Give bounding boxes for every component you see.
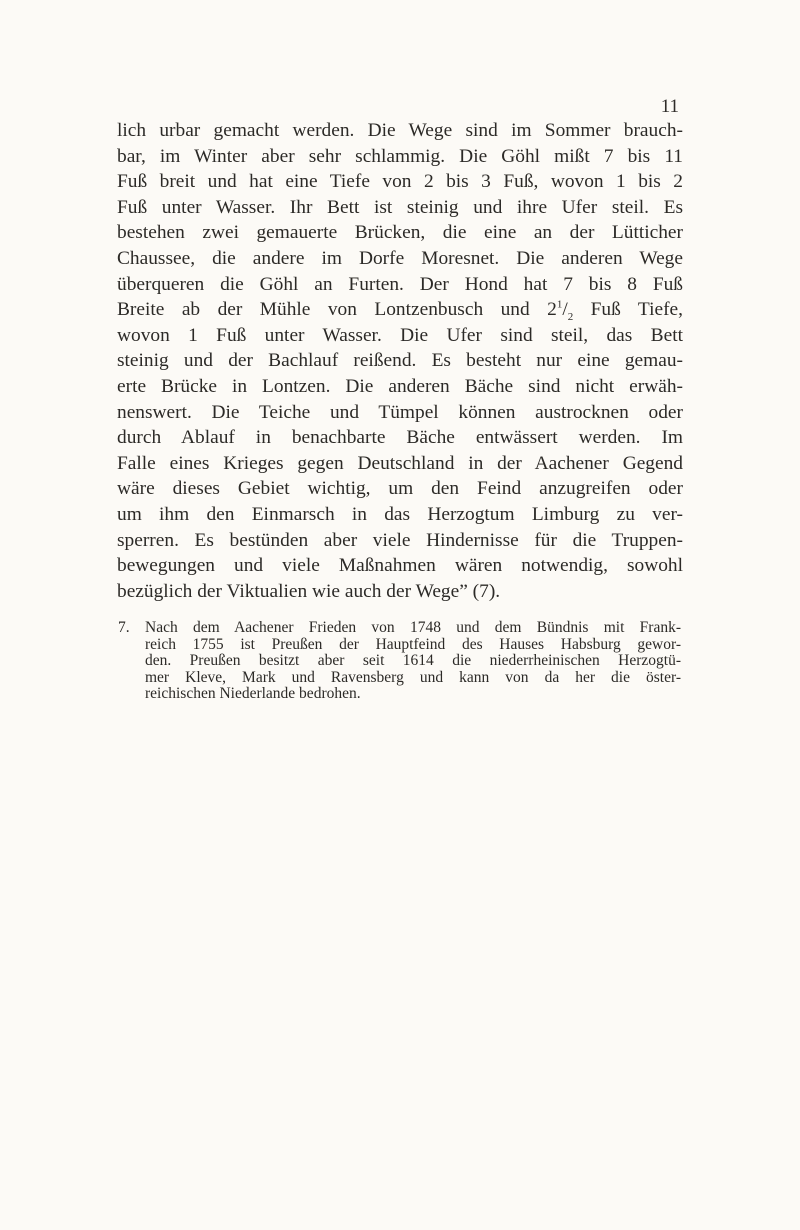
page-number: 11 xyxy=(661,96,679,118)
body-line: lich urbar gemacht werden. Die Wege sind… xyxy=(117,118,683,144)
fraction-line-suffix: Fuß Tiefe, xyxy=(573,299,683,320)
footnote-line: Nach dem Aachener Frieden von 1748 und d… xyxy=(145,620,681,637)
footnote-line-last: reichischen Niederlande bedrohen. xyxy=(145,686,681,703)
footnotes: 7. Nach dem Aachener Frieden von 1748 un… xyxy=(117,620,681,703)
body-line: bewegungen und viele Maßnahmen wären not… xyxy=(117,553,683,579)
body-line: sperren. Es bestünden aber viele Hindern… xyxy=(117,528,683,554)
body-line: um ihm den Einmarsch in das Herzogtum Li… xyxy=(117,502,683,528)
body-line: erte Brücke in Lontzen. Die anderen Bäch… xyxy=(117,374,683,400)
body-line: wäre dieses Gebiet wichtig, um den Feind… xyxy=(117,476,683,502)
body-line: bar, im Winter aber sehr schlammig. Die … xyxy=(117,144,683,170)
body-line: Fuß unter Wasser. Ihr Bett ist steinig u… xyxy=(117,195,683,221)
body-line: nenswert. Die Teiche und Tümpel können a… xyxy=(117,400,683,426)
footnote-line: mer Kleve, Mark und Ravensberg und kann … xyxy=(145,670,681,687)
book-page: 11 lich urbar gemacht werden. Die Wege s… xyxy=(0,0,800,1230)
body-line: durch Ablauf in benachbarte Bäche entwäs… xyxy=(117,425,683,451)
fraction-numerator: 1 xyxy=(557,299,563,311)
body-line: Chaussee, die andere im Dorfe Moresnet. … xyxy=(117,246,683,272)
fraction-line-prefix: Breite ab der Mühle von Lontzenbusch und xyxy=(117,299,547,320)
body-line: überqueren die Göhl an Furten. Der Hond … xyxy=(117,272,683,298)
footnote-line: reich 1755 ist Preußen der Hauptfeind de… xyxy=(145,637,681,654)
body-line-last: bezüglich der Viktualien wie auch der We… xyxy=(117,579,683,605)
body-line: Fuß breit und hat eine Tiefe von 2 bis 3… xyxy=(117,169,683,195)
body-line: wovon 1 Fuß unter Wasser. Die Ufer sind … xyxy=(117,323,683,349)
footnote-line: den. Preußen besitzt aber seit 1614 die … xyxy=(145,653,681,670)
body-text: lich urbar gemacht werden. Die Wege sind… xyxy=(117,118,683,604)
footnote-7: 7. Nach dem Aachener Frieden von 1748 un… xyxy=(117,620,681,703)
footnote-number: 7. xyxy=(118,620,130,637)
body-line: Falle eines Krieges gegen Deutschland in… xyxy=(117,451,683,477)
body-line: bestehen zwei gemauerte Brücken, die ein… xyxy=(117,220,683,246)
fraction-whole: 2 xyxy=(547,299,557,320)
body-line-with-fraction: Breite ab der Mühle von Lontzenbusch und… xyxy=(117,297,683,323)
body-line: steinig und der Bachlauf reißend. Es bes… xyxy=(117,348,683,374)
show-through-texture xyxy=(117,700,687,854)
